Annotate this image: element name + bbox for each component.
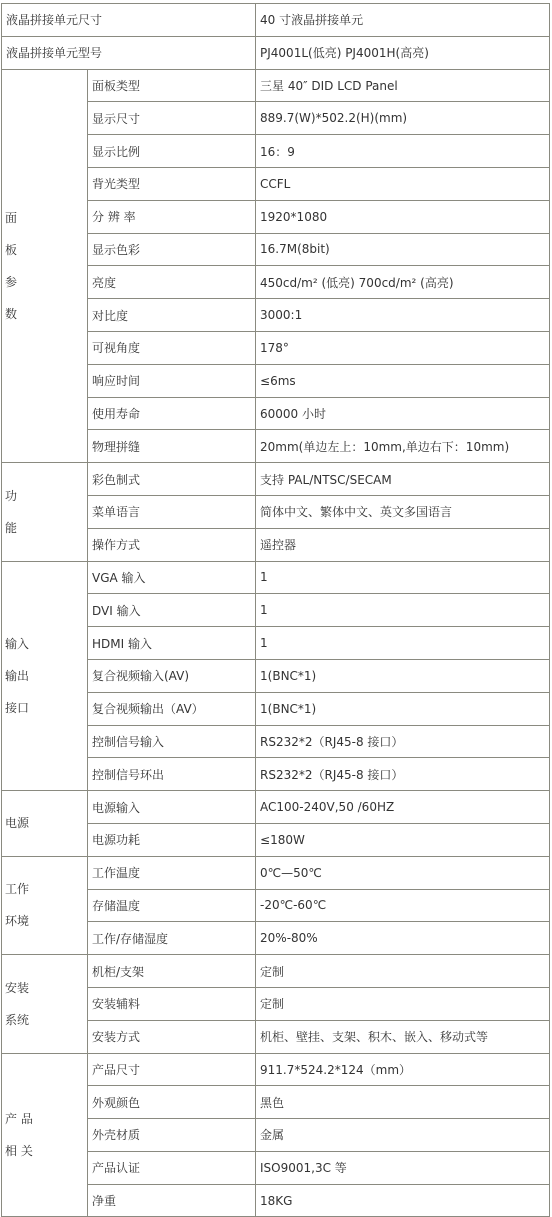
spec-label: 产品认证 <box>88 1151 256 1184</box>
spec-value: 支持 PAL/NTSC/SECAM <box>256 463 550 496</box>
spec-value: ≤180W <box>256 823 550 856</box>
spec-label: 工作/存储湿度 <box>88 922 256 955</box>
spec-label: 物理拼缝 <box>88 430 256 463</box>
spec-label: 显示比例 <box>88 135 256 168</box>
spec-label: 操作方式 <box>88 528 256 561</box>
spec-value: 遥控器 <box>256 528 550 561</box>
group-label-line: 系统 <box>5 1004 87 1036</box>
spec-value: 1 <box>256 594 550 627</box>
spec-label: 显示尺寸 <box>88 102 256 135</box>
header-row: 液晶拼接单元尺寸40 寸液晶拼接单元 <box>2 4 550 37</box>
table-row: 产 品相 关产品尺寸911.7*524.2*124（mm） <box>2 1053 550 1086</box>
group-label: 面板参数 <box>2 69 88 463</box>
spec-label: 液晶拼接单元型号 <box>2 36 256 69</box>
group-label-line: 能 <box>5 512 87 544</box>
spec-table: 液晶拼接单元尺寸40 寸液晶拼接单元液晶拼接单元型号PJ4001L(低亮) PJ… <box>1 3 550 1191</box>
spec-value: 20mm(单边左上：10mm,单边右下：10mm) <box>256 430 550 463</box>
spec-value: CCFL <box>256 167 550 200</box>
spec-label: 电源输入 <box>88 791 256 824</box>
group-label: 输入输出接口 <box>2 561 88 791</box>
spec-value: ≤6ms <box>256 364 550 397</box>
spec-value: -20℃-60℃ <box>256 889 550 922</box>
spec-label: 彩色制式 <box>88 463 256 496</box>
spec-value: 三星 40″ DID LCD Panel <box>256 69 550 102</box>
spec-label: 液晶拼接单元尺寸 <box>2 4 256 37</box>
group-label: 电源 <box>2 791 88 857</box>
spec-label: 外观颜色 <box>88 1086 256 1119</box>
spec-value: 定制 <box>256 955 550 988</box>
spec-value: 1(BNC*1) <box>256 659 550 692</box>
group-label-line: 板 <box>5 234 87 266</box>
spec-label: 菜单语言 <box>88 495 256 528</box>
spec-value: 金属 <box>256 1119 550 1152</box>
group-label-line: 产 品 <box>5 1103 87 1135</box>
spec-value: 0℃—50℃ <box>256 856 550 889</box>
spec-value: 178° <box>256 331 550 364</box>
spec-label: 复合视频输入(AV) <box>88 659 256 692</box>
spec-value: 20%-80% <box>256 922 550 955</box>
group-label: 产 品相 关 <box>2 1053 88 1191</box>
spec-value: 18KG <box>256 1184 550 1191</box>
table-row: 电源电源输入AC100-240V,50 /60HZ <box>2 791 550 824</box>
spec-label: 分 辨 率 <box>88 200 256 233</box>
spec-label: HDMI 输入 <box>88 627 256 660</box>
spec-label: 背光类型 <box>88 167 256 200</box>
spec-label: VGA 输入 <box>88 561 256 594</box>
group-label-line: 参 <box>5 266 87 298</box>
spec-label: 安装方式 <box>88 1020 256 1053</box>
spec-value: 40 寸液晶拼接单元 <box>256 4 550 37</box>
spec-value: 450cd/m² (低亮) 700cd/m² (高亮) <box>256 266 550 299</box>
spec-value: ISO9001,3C 等 <box>256 1151 550 1184</box>
spec-value: 1 <box>256 561 550 594</box>
table-row: 功能彩色制式支持 PAL/NTSC/SECAM <box>2 463 550 496</box>
spec-value: 黑色 <box>256 1086 550 1119</box>
spec-label: 响应时间 <box>88 364 256 397</box>
spec-value: 1(BNC*1) <box>256 692 550 725</box>
spec-label: 净重 <box>88 1184 256 1191</box>
spec-value: 16：9 <box>256 135 550 168</box>
spec-label: 使用寿命 <box>88 397 256 430</box>
group-label-line: 安装 <box>5 972 87 1004</box>
group-label-line: 数 <box>5 298 87 330</box>
spec-label: 复合视频输出（AV） <box>88 692 256 725</box>
spec-value: AC100-240V,50 /60HZ <box>256 791 550 824</box>
spec-label: 外壳材质 <box>88 1119 256 1152</box>
spec-label: 对比度 <box>88 299 256 332</box>
spec-value: 机柜、壁挂、支架、积木、嵌入、移动式等 <box>256 1020 550 1053</box>
group-label-line: 相 关 <box>5 1135 87 1167</box>
table-row: 输入输出接口VGA 输入1 <box>2 561 550 594</box>
group-label-line: 输出 <box>5 660 87 692</box>
spec-label: DVI 输入 <box>88 594 256 627</box>
table-row: 面板参数面板类型三星 40″ DID LCD Panel <box>2 69 550 102</box>
spec-value: 60000 小时 <box>256 397 550 430</box>
group-label-line: 环境 <box>5 905 87 937</box>
spec-value: 定制 <box>256 987 550 1020</box>
spec-label: 面板类型 <box>88 69 256 102</box>
spec-value: RS232*2（RJ45-8 接口） <box>256 758 550 791</box>
spec-value: 1920*1080 <box>256 200 550 233</box>
group-label-line: 输入 <box>5 628 87 660</box>
spec-label: 控制信号输入 <box>88 725 256 758</box>
header-row: 液晶拼接单元型号PJ4001L(低亮) PJ4001H(高亮) <box>2 36 550 69</box>
table-row: 安装系统机柜/支架定制 <box>2 955 550 988</box>
group-label-line: 工作 <box>5 873 87 905</box>
spec-label: 可视角度 <box>88 331 256 364</box>
spec-label: 控制信号环出 <box>88 758 256 791</box>
group-label: 安装系统 <box>2 955 88 1053</box>
spec-label: 工作温度 <box>88 856 256 889</box>
spec-label: 机柜/支架 <box>88 955 256 988</box>
spec-label: 安装辅料 <box>88 987 256 1020</box>
group-label-line: 功 <box>5 480 87 512</box>
spec-label: 显示色彩 <box>88 233 256 266</box>
spec-label: 存储温度 <box>88 889 256 922</box>
group-label-line: 接口 <box>5 692 87 724</box>
group-label-line: 电源 <box>5 807 87 839</box>
spec-value: PJ4001L(低亮) PJ4001H(高亮) <box>256 36 550 69</box>
spec-value: RS232*2（RJ45-8 接口） <box>256 725 550 758</box>
spec-value: 3000:1 <box>256 299 550 332</box>
group-label: 功能 <box>2 463 88 561</box>
table-row: 工作环境工作温度0℃—50℃ <box>2 856 550 889</box>
spec-value: 1 <box>256 627 550 660</box>
spec-label: 电源功耗 <box>88 823 256 856</box>
group-label-line: 面 <box>5 202 87 234</box>
spec-value: 889.7(W)*502.2(H)(mm) <box>256 102 550 135</box>
spec-label: 产品尺寸 <box>88 1053 256 1086</box>
spec-table-body: 液晶拼接单元尺寸40 寸液晶拼接单元液晶拼接单元型号PJ4001L(低亮) PJ… <box>2 4 550 1192</box>
spec-label: 亮度 <box>88 266 256 299</box>
spec-value: 911.7*524.2*124（mm） <box>256 1053 550 1086</box>
spec-value: 简体中文、繁体中文、英文多国语言 <box>256 495 550 528</box>
group-label: 工作环境 <box>2 856 88 954</box>
spec-value: 16.7M(8bit) <box>256 233 550 266</box>
